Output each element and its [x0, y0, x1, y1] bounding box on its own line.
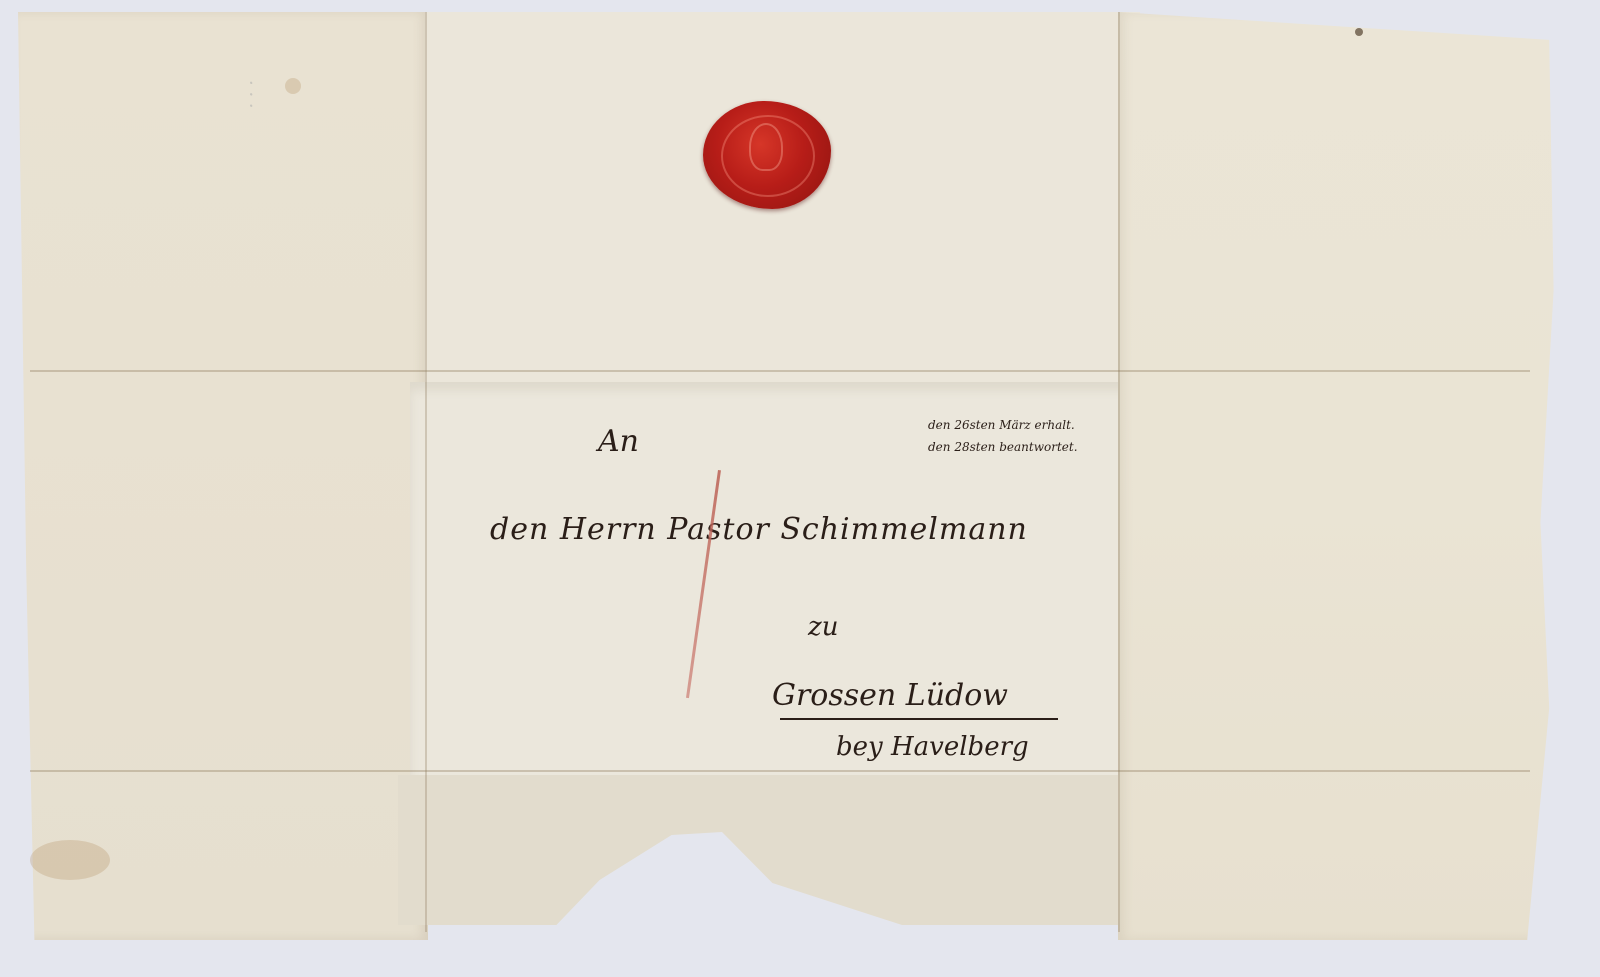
address-salutation: An	[598, 424, 639, 459]
torn-bottom-flap	[398, 775, 1118, 925]
address-preposition: zu	[808, 612, 838, 642]
address-recipient: den Herrn Pastor Schimmelmann	[490, 512, 1028, 547]
right-fold-panel	[1118, 12, 1558, 940]
address-place-sub: bey Havelberg	[836, 732, 1029, 762]
ink-spots	[1355, 28, 1363, 36]
docket-note-line-1: den 26sten März erhalt.	[928, 418, 1075, 432]
foxing-stain	[285, 78, 301, 94]
edge-stain	[30, 840, 110, 880]
address-place: Grossen Lüdow	[772, 678, 1008, 713]
docket-note-line-2: den 28sten beantwortet.	[928, 440, 1078, 454]
bleed-through-text: · · ·	[240, 80, 261, 900]
seal-bust-icon	[749, 123, 783, 171]
place-underline	[780, 718, 1058, 720]
wax-seal	[703, 101, 831, 209]
vertical-fold-left	[425, 12, 427, 932]
vertical-fold-right	[1118, 12, 1120, 932]
left-fold-panel	[18, 12, 428, 940]
letter-photo: · · · den 26sten März erhalt. den 28sten…	[0, 0, 1600, 977]
